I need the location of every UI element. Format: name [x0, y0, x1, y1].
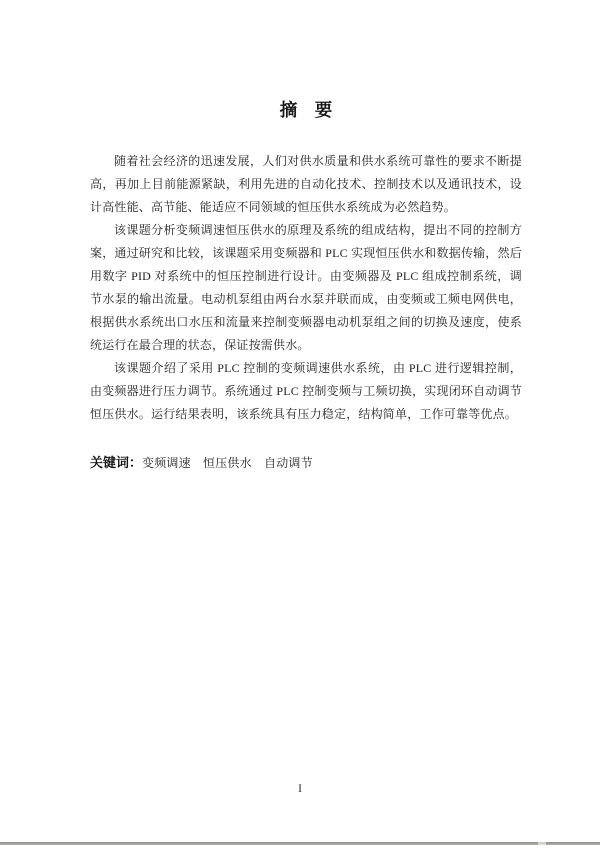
scan-edge-line — [0, 842, 600, 845]
abstract-body: 随着社会经济的迅速发展，人们对供水质量和供水系统可靠性的要求不断提高，再加上目前… — [90, 150, 522, 426]
document-page: 摘 要 随着社会经济的迅速发展，人们对供水质量和供水系统可靠性的要求不断提高，再… — [0, 0, 600, 851]
abstract-content: 摘 要 随着社会经济的迅速发展，人们对供水质量和供水系统可靠性的要求不断提高，再… — [90, 0, 522, 475]
abstract-paragraph-3: 该课题介绍了采用 PLC 控制的变频调速供水系统，由 PLC 进行逻辑控制，由变… — [90, 357, 522, 426]
keywords-terms: 变频调速 恒压供水 自动调节 — [142, 456, 313, 470]
abstract-paragraph-1: 随着社会经济的迅速发展，人们对供水质量和供水系统可靠性的要求不断提高，再加上目前… — [90, 150, 522, 219]
abstract-title: 摘 要 — [90, 97, 522, 123]
scan-edge-gap — [538, 842, 546, 845]
keywords-line: 关键词：变频调速 恒压供水 自动调节 — [90, 451, 522, 475]
keywords-label: 关键词： — [90, 455, 142, 470]
page-number: I — [0, 782, 600, 796]
abstract-paragraph-2: 该课题分析变频调速恒压供水的原理及系统的组成结构，提出不同的控制方案，通过研究和… — [90, 219, 522, 357]
